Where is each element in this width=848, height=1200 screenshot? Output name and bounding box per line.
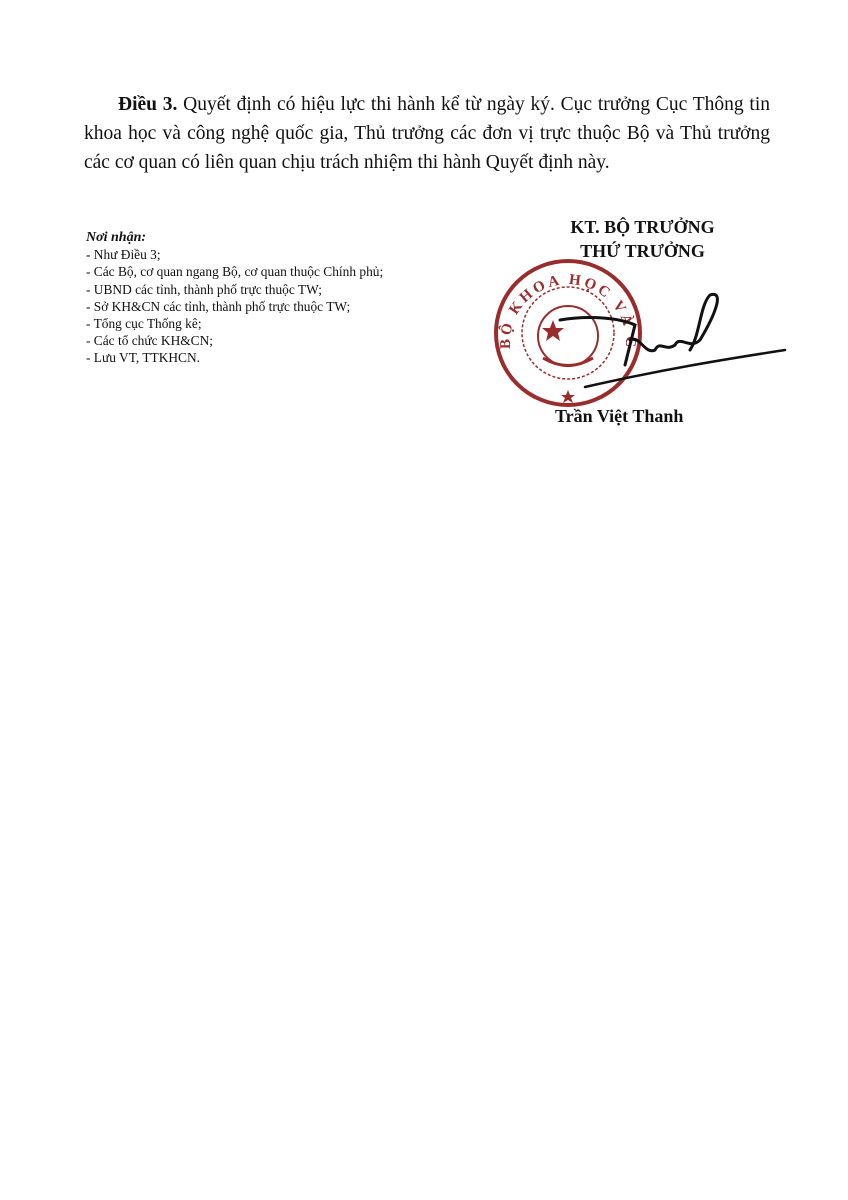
- recipients-block: Nơi nhận: - Như Điều 3; - Các Bộ, cơ qua…: [86, 229, 383, 367]
- signer-name: Trần Việt Thanh: [555, 406, 683, 427]
- list-item: - Tổng cục Thống kê;: [86, 315, 383, 332]
- recipients-list: - Như Điều 3; - Các Bộ, cơ quan ngang Bộ…: [86, 246, 383, 366]
- article-text: Quyết định có hiệu lực thi hành kể từ ng…: [84, 94, 770, 173]
- recipients-title: Nơi nhận:: [86, 229, 383, 246]
- list-item: - Như Điều 3;: [86, 246, 383, 263]
- list-item: - UBND các tỉnh, thành phố trực thuộc TW…: [86, 281, 383, 298]
- signature-icon: [540, 280, 790, 400]
- article-3: Điều 3. Quyết định có hiệu lực thi hành …: [84, 90, 770, 177]
- list-item: - Lưu VT, TTKHCN.: [86, 349, 383, 366]
- list-item: - Các Bộ, cơ quan ngang Bộ, cơ quan thuộ…: [86, 263, 383, 280]
- list-item: - Các tổ chức KH&CN;: [86, 332, 383, 349]
- article-label: Điều 3.: [118, 94, 177, 115]
- signature-title-line1: KT. BỘ TRƯỞNG: [520, 215, 765, 239]
- list-item: - Sở KH&CN các tỉnh, thành phố trực thuộ…: [86, 298, 383, 315]
- signature-title: KT. BỘ TRƯỞNG THỨ TRƯỞNG: [520, 215, 765, 263]
